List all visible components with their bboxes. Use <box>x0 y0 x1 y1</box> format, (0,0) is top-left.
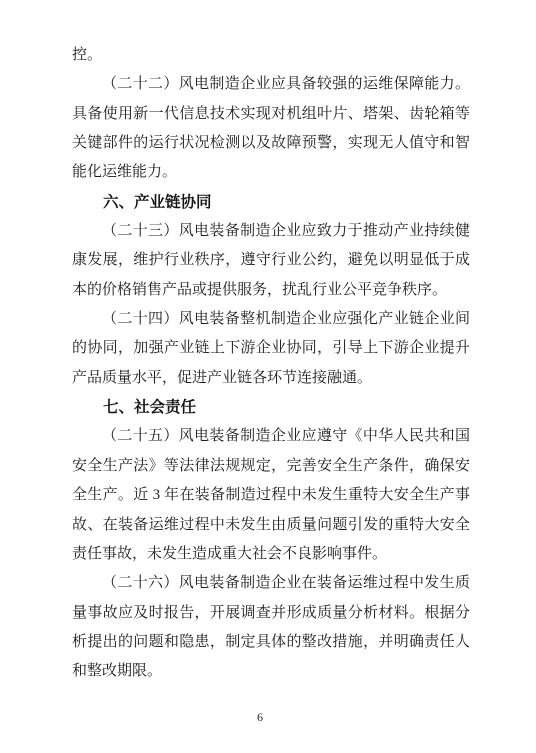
text-line: 产品质量水平，促进产业链各环节连接融通。 <box>72 364 470 393</box>
text-line: 安全生产法》等法律法规规定，完善安全生产条件，确保安 <box>72 452 470 481</box>
text-line: 本的价格销售产品或提供服务，扰乱行业公平竞争秩序。 <box>72 276 470 305</box>
text-line: 量事故应及时报告，开展调查并形成质量分析材料。根据分 <box>72 599 470 628</box>
text-line: 能化运维能力。 <box>72 158 470 187</box>
text-line: （二十六）风电装备制造企业在装备运维过程中发生质 <box>72 569 470 598</box>
text-line: 控。 <box>72 41 470 70</box>
text-line: （二十四）风电装备整机制造企业应强化产业链企业间 <box>72 305 470 334</box>
paragraph: （二十四）风电装备整机制造企业应强化产业链企业间的协同，加强产业链上下游企业协同… <box>72 305 470 393</box>
section-heading: 七、社会责任 <box>72 393 470 422</box>
text-line: 析提出的问题和隐患，制定具体的整改措施，并明确责任人 <box>72 628 470 657</box>
text-line: 具备使用新一代信息技术实现对机组叶片、塔架、齿轮箱等 <box>72 100 470 129</box>
text-line: 六、产业链协同 <box>72 188 470 217</box>
text-line: 的协同，加强产业链上下游企业协同，引导上下游企业提升 <box>72 334 470 363</box>
text-line: （二十二）风电制造企业应具备较强的运维保障能力。 <box>72 70 470 99</box>
text-line: 责任事故，未发生造成重大社会不良影响事件。 <box>72 540 470 569</box>
page-number: 6 <box>0 709 520 725</box>
paragraph: （二十二）风电制造企业应具备较强的运维保障能力。具备使用新一代信息技术实现对机组… <box>72 70 470 187</box>
paragraph: 控。 <box>72 41 470 70</box>
text-line: （二十五）风电装备制造企业应遵守《中华人民共和国 <box>72 422 470 451</box>
document-body: 控。（二十二）风电制造企业应具备较强的运维保障能力。具备使用新一代信息技术实现对… <box>72 41 470 687</box>
text-line: 全生产。近 3 年在装备制造过程中未发生重特大安全生产事 <box>72 481 470 510</box>
text-line: 七、社会责任 <box>72 393 470 422</box>
paragraph: （二十五）风电装备制造企业应遵守《中华人民共和国安全生产法》等法律法规规定，完善… <box>72 422 470 569</box>
section-heading: 六、产业链协同 <box>72 188 470 217</box>
text-line: 故、在装备运维过程中未发生由质量问题引发的重特大安全 <box>72 511 470 540</box>
document-page: 控。（二十二）风电制造企业应具备较强的运维保障能力。具备使用新一代信息技术实现对… <box>0 0 536 753</box>
paragraph: （二十六）风电装备制造企业在装备运维过程中发生质量事故应及时报告，开展调查并形成… <box>72 569 470 686</box>
text-line: 关键部件的运行状况检测以及故障预警，实现无人值守和智 <box>72 129 470 158</box>
paragraph: （二十三）风电装备制造企业应致力于推动产业持续健康发展，维护行业秩序，遵守行业公… <box>72 217 470 305</box>
text-line: （二十三）风电装备制造企业应致力于推动产业持续健 <box>72 217 470 246</box>
text-line: 康发展，维护行业秩序，遵守行业公约，避免以明显低于成 <box>72 246 470 275</box>
text-line: 和整改期限。 <box>72 657 470 686</box>
